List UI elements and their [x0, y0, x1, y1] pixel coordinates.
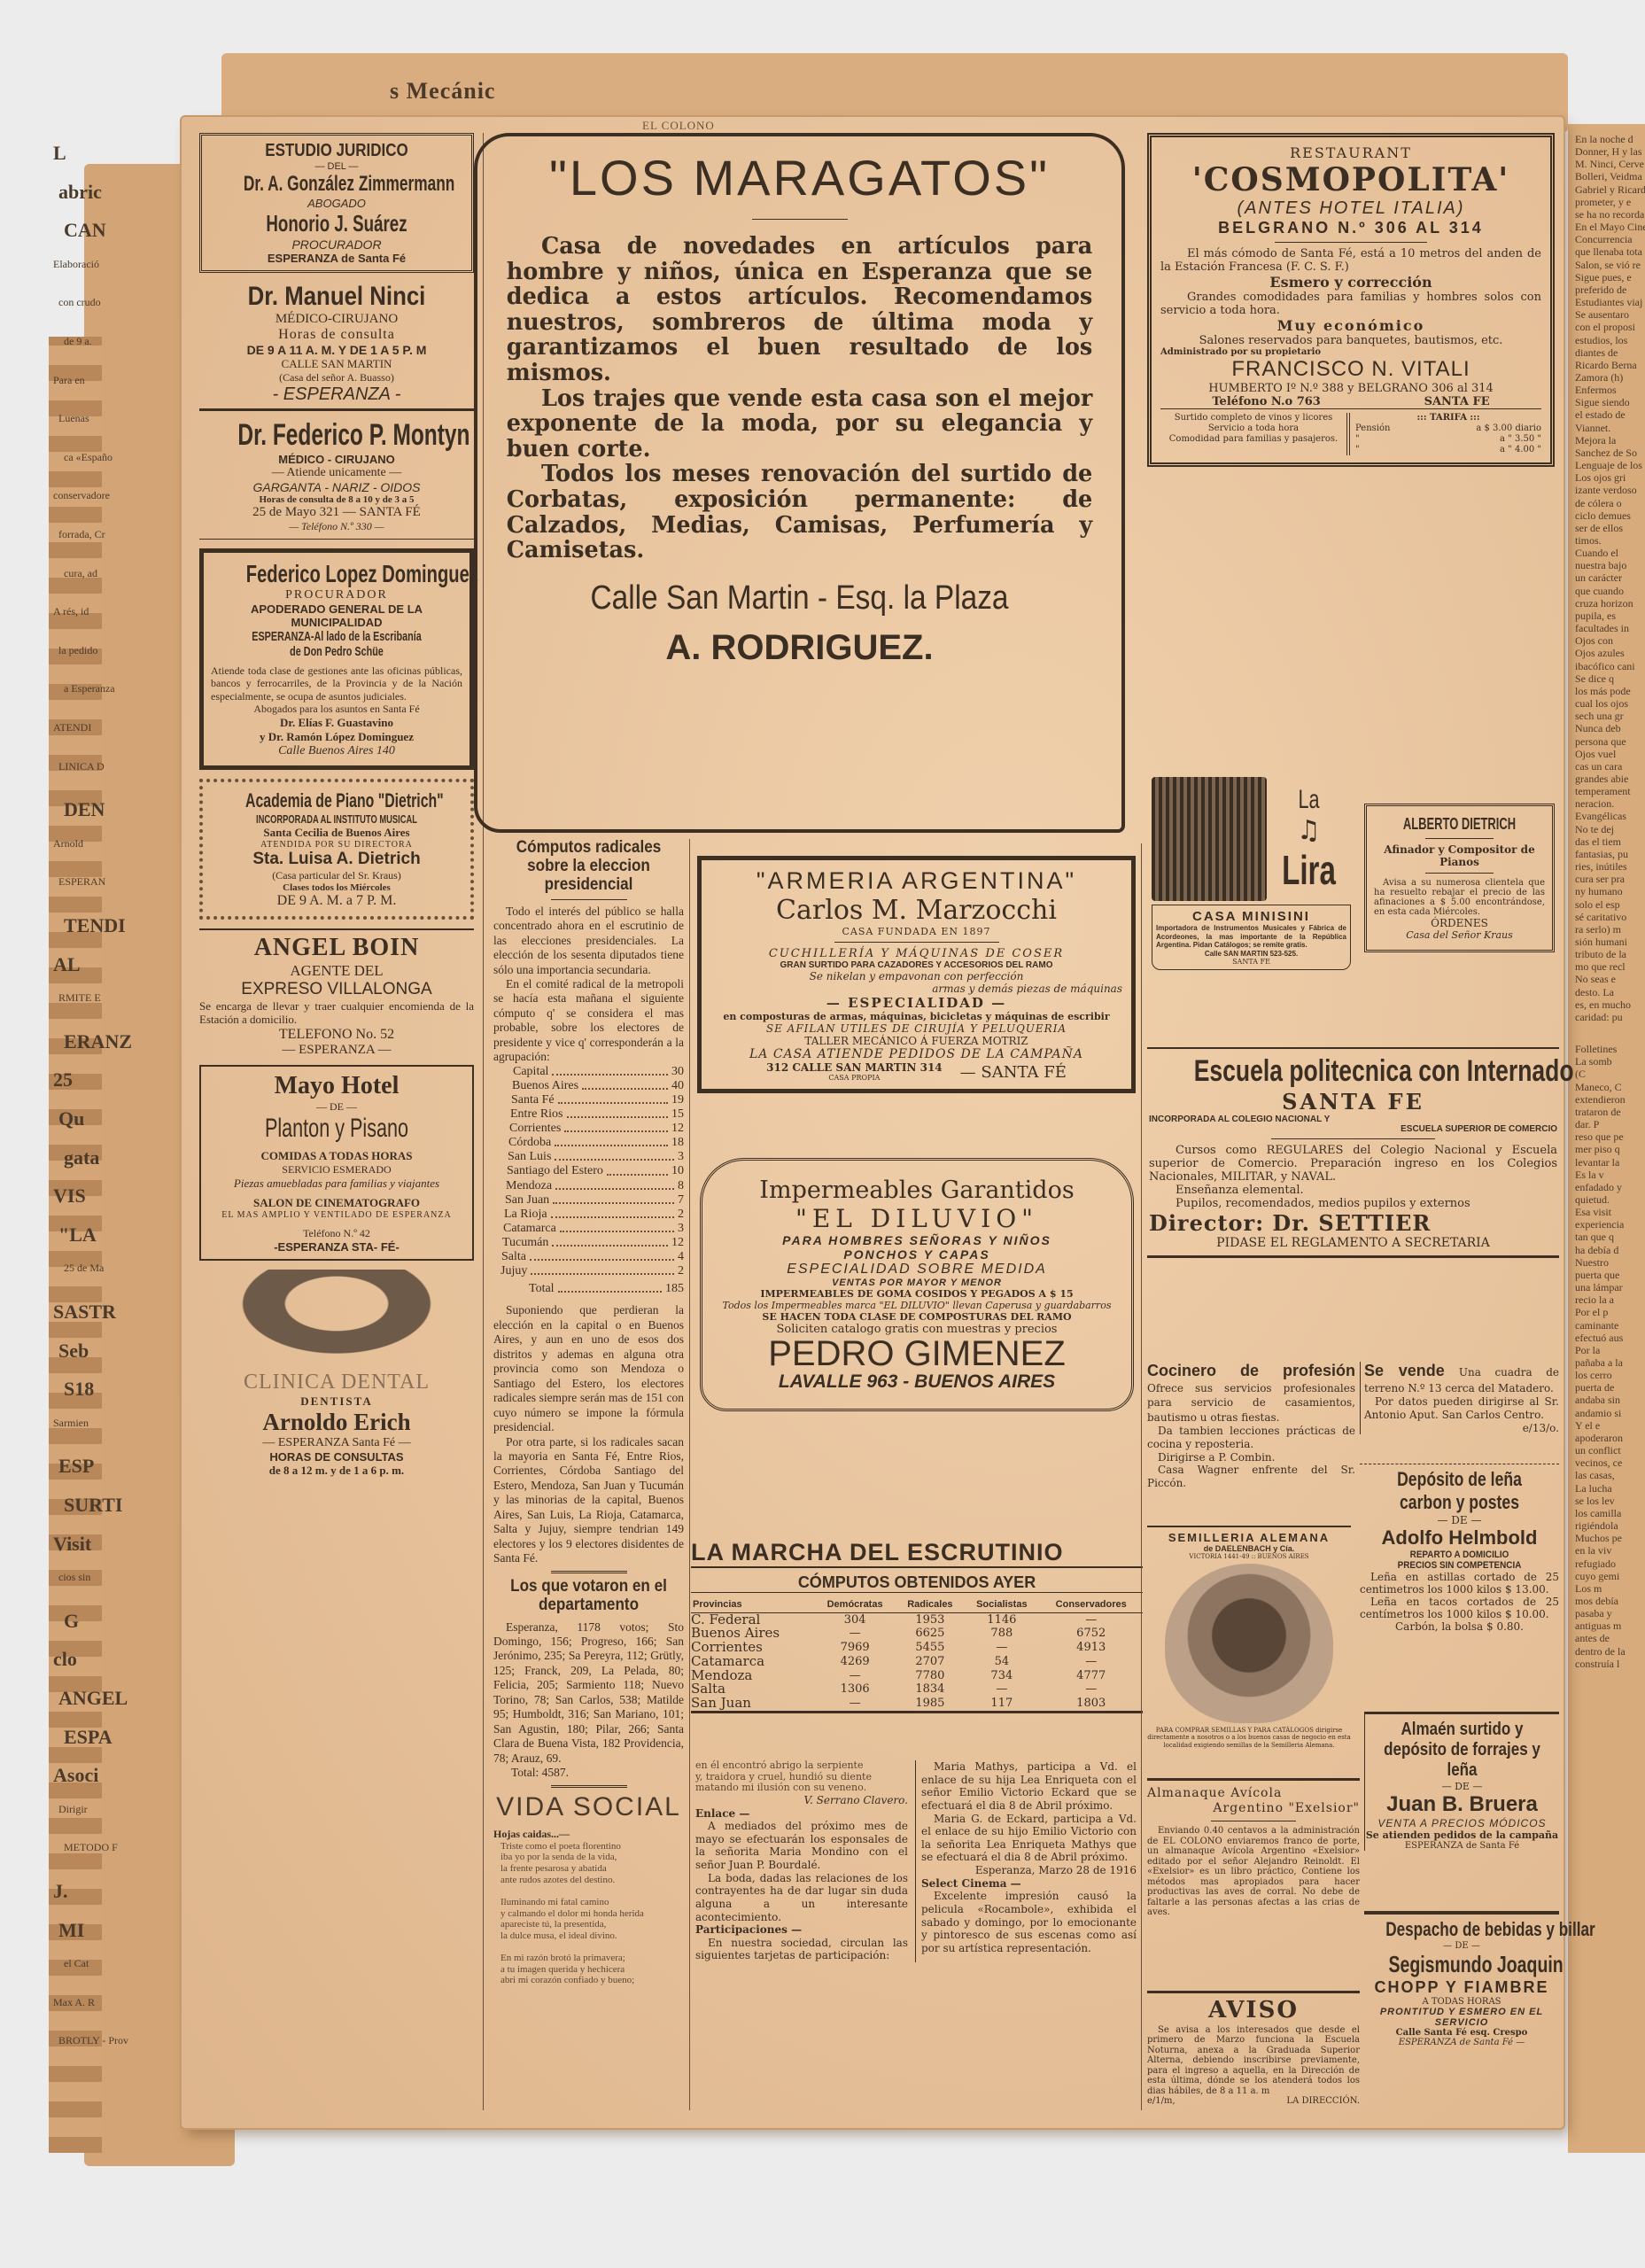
note-line: Surtido completo de vinos y licores — [1160, 413, 1346, 423]
strip-line: En el Mayo Cine — [1571, 221, 1645, 233]
ad-bruera: Almaén surtido y depósito de forrajes y … — [1364, 1712, 1559, 1851]
cocinero-p3: Dirigirse a P. Combin. — [1147, 1451, 1355, 1464]
strip-line: dar. P — [1571, 1118, 1645, 1130]
computos-row: Catamarca3 — [493, 1222, 684, 1236]
armeria-own: CASA PROPIA — [766, 1074, 943, 1082]
strip-line: facultades in — [1571, 622, 1645, 634]
total-value: 185 — [665, 1282, 684, 1296]
alberto-at: Casa del Señor Kraus — [1374, 929, 1545, 941]
strip-line: a Esperanza — [64, 682, 115, 695]
province-name: Santa Fé — [511, 1093, 555, 1107]
maragatos-title: "LOS MARAGATOS" — [500, 149, 1098, 206]
computos-row: Tucumán12 — [493, 1236, 684, 1250]
strip-line: Sigue pues, e — [1571, 271, 1645, 283]
elector-count: 12 — [671, 1236, 684, 1250]
academia-house: (Casa particular del Sr. Kraus) — [210, 869, 463, 882]
strip-line: Nuestro — [1571, 1256, 1645, 1269]
strip-line: J. — [53, 1880, 68, 1903]
strip-line: persona que — [1571, 735, 1645, 748]
leader-dots — [530, 1250, 674, 1261]
helmbold-l1: REPARTO A DOMICILIO — [1370, 1550, 1549, 1560]
strip-line: Concurrencia — [1571, 233, 1645, 245]
cosmo-former: (ANTES HOTEL ITALIA) — [1160, 198, 1541, 219]
table-cell: — — [1039, 1682, 1143, 1697]
dateline: Esperanza, Marzo 28 de 1916 — [921, 1864, 1137, 1877]
hotel-de: — DE — — [206, 1100, 467, 1114]
ad-montyn: Dr. Federico P. Montyn MÉDICO - CIRUJANO… — [199, 418, 474, 540]
aviso-sign: LA DIRECCIÓN. — [1286, 2096, 1360, 2107]
cosmo-notes: Surtido completo de vinos y licoresServi… — [1160, 413, 1350, 455]
strip-line: La lucha — [1571, 1482, 1645, 1495]
bruera-l1: VENTA A PRECIOS MÓDICOS — [1365, 1817, 1559, 1829]
leader-dots — [555, 1150, 674, 1161]
strip-line: que cuando — [1571, 585, 1645, 597]
strip-line: antes de — [1571, 1632, 1645, 1644]
strip-line: tributo de la — [1571, 948, 1645, 960]
strip-line: prometer, y e — [1571, 196, 1645, 208]
montyn-specialty: GARGANTA - NARIZ - OIDOS — [199, 480, 474, 494]
academia-title: Academia de Piano "Dietrich" — [245, 789, 428, 812]
column-header: Provincias — [691, 1598, 814, 1612]
bruera-l2: Se atienden pedidos de la campaña — [1365, 1829, 1559, 1841]
table-row: San Juan—19851171803 — [691, 1697, 1143, 1712]
leader-dots — [567, 1107, 669, 1118]
joaquin-de: — DE — — [1364, 1941, 1559, 1951]
elector-count: 40 — [671, 1079, 684, 1093]
enlace-title: Enlace — — [695, 1807, 908, 1821]
province-name: Entre Rios — [510, 1107, 563, 1122]
province-name: Jujuy — [500, 1264, 527, 1278]
poem-line: En mi razón brotó la primavera; — [500, 1953, 684, 1964]
academia-classes: Clases todos los Miércoles — [210, 882, 463, 893]
column-rule — [1141, 843, 1142, 2110]
poem-line: Triste como el poeta florentino — [500, 1841, 684, 1852]
lira-shop: CASA MINISINI — [1156, 909, 1346, 924]
academia-inc: INCORPORADA AL INSTITUTO MUSICAL — [245, 812, 428, 826]
escuela-l3: Pupilos, recomendados, medios pupilos y … — [1149, 1197, 1557, 1210]
strip-line: TENDI — [64, 914, 126, 937]
strip-line: vecinos, ce — [1571, 1456, 1645, 1469]
table-cell: — — [814, 1697, 896, 1712]
cosmo-h2: Esmero y corrección — [1160, 274, 1541, 291]
montyn-name: Dr. Federico P. Montyn — [237, 418, 435, 453]
computos-row: San Luis3 — [493, 1150, 684, 1164]
leader-dots — [552, 1236, 668, 1247]
strip-line: cura, ad — [64, 567, 97, 580]
strip-line: refugiado — [1571, 1557, 1645, 1570]
table-cell: — — [814, 1627, 896, 1641]
escuela-inc2: ESCUELA SUPERIOR DE COMERCIO — [1149, 1124, 1557, 1134]
strip-line: nuestra bajo — [1571, 559, 1645, 571]
almanaque-body: Enviando 0.40 centavos a la administraci… — [1147, 1826, 1360, 1918]
pansy-illustration — [1165, 1564, 1333, 1723]
se-vende-title: Se vende — [1364, 1362, 1445, 1379]
montyn-hours: Horas de consulta de 8 a 10 y de 3 a 5 — [199, 494, 474, 505]
strip-line: Enfermos — [1571, 384, 1645, 396]
strip-line: caridad: pu — [1571, 1011, 1645, 1023]
lopez-role: PROCURADOR — [211, 588, 462, 602]
strip-line: Por la — [1571, 1344, 1645, 1356]
strip-line: efectuó aus — [1571, 1332, 1645, 1344]
leader-dots — [552, 1065, 668, 1076]
diluvio-l1: PARA HOMBRES SEÑORAS Y NIÑOS — [715, 1233, 1119, 1247]
strip-line: rigiéndola — [1571, 1519, 1645, 1532]
estudio-title: ESTUDIO JURIDICO — [227, 141, 446, 161]
table-cell: 1146 — [964, 1612, 1039, 1627]
cocinero-body: Ofrece sus servicios profesionales para … — [1147, 1382, 1355, 1424]
strip-line: cura ser pra — [1571, 873, 1645, 885]
table-cell: 6625 — [896, 1627, 965, 1641]
lira-brand-top: La — [1278, 785, 1339, 815]
cosmo-kicker: RESTAURANT — [1160, 144, 1541, 161]
ninci-hours-label: Horas de consulta — [199, 327, 474, 343]
province-name: San Juan — [505, 1193, 549, 1208]
cosmo-owner-addr: HUMBERTO Iº N.º 388 y BELGRANO 306 al 31… — [1160, 382, 1541, 395]
strip-line: ra serlo) m — [1571, 923, 1645, 936]
tarifa-label: " — [1355, 445, 1360, 455]
tarifa-row: Pensióna $ 3.00 diario — [1355, 423, 1541, 434]
strip-line: ca «Españo — [64, 451, 113, 464]
cosmo-title: 'COSMOPOLITA' — [1160, 161, 1541, 198]
alberto-orders: ÓRDENES — [1374, 917, 1545, 929]
computos-row: Mendoza8 — [493, 1179, 684, 1193]
strip-line: Sanchez de So — [1571, 447, 1645, 459]
strip-line: Arnold — [53, 837, 83, 850]
strip-line: SASTR — [53, 1301, 116, 1324]
column-header: Radicales — [896, 1598, 965, 1612]
strip-line: sech una gr — [1571, 710, 1645, 722]
left-page-fragment: LabricCANElaboraciócon crudode 9 a.Para … — [53, 142, 186, 2153]
strip-line: cuyo gemi — [1571, 1570, 1645, 1582]
strip-line: Evangélicas — [1571, 810, 1645, 822]
bruera-title: Almaén surtido y depósito de forrajes y … — [1379, 1720, 1544, 1781]
leader-dots — [564, 1122, 668, 1132]
strip-line: timos. — [1571, 534, 1645, 547]
ad-lopez-dominguez: Federico Lopez Dominguez PROCURADOR APOD… — [199, 548, 474, 770]
strip-line: Ricardo Berna — [1571, 359, 1645, 371]
strip-line: ibacófico cani — [1571, 660, 1645, 672]
strip-line: antiguas m — [1571, 1619, 1645, 1632]
column-header: Demócratas — [814, 1598, 896, 1612]
strip-line: pasaba y — [1571, 1607, 1645, 1619]
strip-line: A rés, id — [53, 605, 89, 618]
province-name: Capital — [513, 1065, 548, 1079]
province-name: Córdoba — [508, 1136, 551, 1150]
strip-line: La somb — [1571, 1055, 1645, 1068]
strip-line: grandes abie — [1571, 773, 1645, 785]
escrutinio-section: LA MARCHA DEL ESCRUTINIO CÓMPUTOS OBTENI… — [691, 1539, 1143, 1713]
academia-inst: Santa Cecilia de Buenos Aires — [210, 826, 463, 840]
dentures-illustration — [217, 1270, 456, 1367]
strip-line: SURTI — [64, 1494, 122, 1517]
boin-company: EXPRESO VILLALONGA — [199, 980, 474, 999]
province-name: Buenos Aires — [512, 1079, 578, 1093]
strip-line: el estado de — [1571, 408, 1645, 421]
strip-line: las casas, — [1571, 1469, 1645, 1481]
ad-estudio-juridico: ESTUDIO JURIDICO — DEL — Dr. A. González… — [199, 133, 474, 273]
poem-line: abri mi corazón confiado y bueno; — [500, 1975, 684, 1986]
strip-line: Esa visit — [1571, 1206, 1645, 1218]
strip-line: pupila, es — [1571, 610, 1645, 622]
ad-la-lira: La ♫ Lira CASA MINISINI Importadora de I… — [1152, 777, 1351, 970]
strip-line: trataron de — [1571, 1106, 1645, 1118]
elector-count: 4 — [678, 1250, 684, 1264]
strip-line: sión humani — [1571, 936, 1645, 948]
escuela-footer: PIDASE EL REGLAMENTO A SECRETARIA — [1149, 1236, 1557, 1250]
strip-line: 25 — [53, 1068, 73, 1091]
helmbold-l2: PRECIOS SIN COMPETENCIA — [1370, 1560, 1549, 1571]
strip-line: cas un cara — [1571, 760, 1645, 773]
montyn-role: MÉDICO - CIRUJANO — [199, 453, 474, 466]
armeria-title: "ARMERIA ARGENTINA" — [710, 867, 1122, 895]
academia-by: ATENDIDA POR SU DIRECTORA — [210, 840, 463, 850]
strip-line: Sarmien — [53, 1417, 89, 1430]
academia-hours: DE 9 A. M. a 7 P. M. — [210, 893, 463, 909]
hojas-title: Hojas caidas...— — [493, 1828, 684, 1841]
leader-dots — [560, 1222, 674, 1232]
strip-line: puerta de — [1571, 1381, 1645, 1394]
armeria-city: — SANTA FÉ — [960, 1063, 1067, 1082]
strip-line: se ha no recorda — [1571, 208, 1645, 221]
cosmo-owner: FRANCISCO N. VITALI — [1160, 357, 1541, 382]
diluvio-l7: SE HACEN TODA CLASE DE COMPOSTURAS DEL R… — [715, 1311, 1119, 1323]
computos-p2: En el comité radical de la metropoli se … — [493, 977, 684, 1065]
hotel-line3: Piezas amuebladas para familias y viajan… — [206, 1177, 467, 1191]
note-line: Servicio a toda hora — [1160, 423, 1346, 434]
ad-armeria-argentina: "ARMERIA ARGENTINA" Carlos M. Marzocchi … — [697, 856, 1136, 1093]
strip-line: (C — [1571, 1068, 1645, 1080]
helmbold-name: Adolfo Helmbold — [1360, 1526, 1559, 1550]
column-2: Cómputos radicales sobre la eleccion pre… — [493, 839, 684, 1986]
dental-title: CLINICA DENTAL — [199, 1371, 474, 1394]
strip-line: experiencia — [1571, 1218, 1645, 1231]
strip-line: 25 de Ma — [64, 1262, 104, 1275]
lira-brand-bottom: Lira — [1278, 846, 1339, 894]
hotel-line4: SALON DE CINEMATOGRAFO — [206, 1196, 467, 1210]
diluvio-l2: PONCHOS Y CAPAS — [715, 1247, 1119, 1262]
strip-line: Es la v — [1571, 1169, 1645, 1181]
estudio-role1: ABOGADO — [207, 197, 466, 210]
aviso-body: Se avisa a los interesados que desde el … — [1147, 2025, 1360, 2097]
strip-line: ny humano — [1571, 885, 1645, 897]
strip-line: preferido de — [1571, 283, 1645, 296]
joaquin-l1: CHOPP Y FIAMBRE — [1364, 1978, 1559, 1997]
strip-line: Elaboració — [53, 258, 99, 271]
table-cell: 1834 — [896, 1682, 965, 1697]
ad-clinica-dental: CLINICA DENTAL DENTISTA Arnoldo Erich — … — [199, 1270, 474, 1478]
poem-line — [500, 1885, 684, 1897]
column-header: Socialistas — [964, 1598, 1039, 1612]
table-cell: 4777 — [1039, 1669, 1143, 1683]
tarifa-label: Pensión — [1355, 423, 1390, 434]
helmbold-p1: Leña en astillas cortado de 25 centimetr… — [1360, 1571, 1559, 1596]
province-name: La Rioja — [504, 1208, 547, 1222]
tarifa-title: ::: TARIFA ::: — [1355, 413, 1541, 423]
hotel-title: Mayo Hotel — [206, 1072, 467, 1100]
armeria-l7: SE AFILAN UTILES DE CIRUJÍA Y PELUQUERIA — [710, 1022, 1122, 1035]
strip-line: Qu — [58, 1107, 84, 1130]
ninci-house: (Casa del señor A. Buasso) — [199, 371, 474, 384]
diluvio-l5: IMPERMEABLES DE GOMA COSIDOS Y PEGADOS A… — [715, 1288, 1119, 1300]
elector-count: 3 — [678, 1222, 684, 1236]
strip-line: AL — [53, 953, 81, 976]
helmbold-p3: Carbón, la bolsa $ 0.80. — [1360, 1620, 1559, 1633]
strip-line: temperament — [1571, 785, 1645, 797]
strip-line: es, en mucho — [1571, 998, 1645, 1011]
table-cell: 7969 — [814, 1641, 896, 1655]
elector-count: 2 — [678, 1264, 684, 1278]
poem-line: Iluminando mi fatal camino — [500, 1897, 684, 1908]
table-cell: 1803 — [1039, 1697, 1143, 1712]
strip-line: caminante — [1571, 1319, 1645, 1332]
province-name: San Luis — [508, 1150, 551, 1164]
strip-line: la pedido — [58, 644, 97, 657]
table-row: Salta13061834—— — [691, 1682, 1143, 1697]
bruera-name: Juan B. Bruera — [1365, 1792, 1559, 1817]
aviso-title: AVISO — [1147, 1997, 1360, 2025]
armeria-l8: TALLER MECÁNICO Á FUERZA MOTRIZ — [710, 1035, 1122, 1047]
strip-line: desto. La — [1571, 986, 1645, 998]
ad-cocinero: Cocinero de profesión Ofrece sus servici… — [1147, 1362, 1355, 1489]
estudio-name2: Honorio J. Suárez — [244, 210, 430, 237]
semilleria-footer: PARA COMPRAR SEMILLAS Y PARA CATÁLOGOS d… — [1147, 1727, 1351, 1749]
poem-line: a tu imagen querida y hechicera — [500, 1964, 684, 1976]
strip-line: conservadore — [53, 489, 110, 502]
column-header: Conservadores — [1039, 1598, 1143, 1612]
strip-line: Luenas — [58, 412, 89, 425]
poem-author: V. Serrano Clavero. — [695, 1794, 908, 1807]
escrutinio-title: LA MARCHA DEL ESCRUTINIO — [691, 1539, 1143, 1568]
strip-line: No seas e — [1571, 973, 1645, 985]
strip-line: Los m — [1571, 1582, 1645, 1595]
strip-line: ciclo demues — [1571, 509, 1645, 522]
participaciones-title: Participaciones — — [695, 1923, 908, 1937]
maragatos-address: Calle San Martin - Esq. la Plaza — [537, 579, 1063, 617]
right-page-fragment: En la noche dDonner, H y las famiM. Ninc… — [1568, 124, 1645, 2153]
strip-line: Salon, se vió re — [1571, 259, 1645, 271]
strip-line: Lenguaje de los — [1571, 459, 1645, 471]
strip-line: LINICA D — [58, 760, 105, 773]
note-line: Comodidad para familias y pasajeros. — [1160, 434, 1346, 445]
strip-line: ser de ellos — [1571, 522, 1645, 534]
poem-line: en él encontró abrigo la serpiente — [695, 1760, 908, 1772]
strip-line: de cólera o — [1571, 497, 1645, 509]
joaquin-name: Segismundo Joaquin — [1389, 1951, 1535, 1978]
montyn-phone: — Teléfono N.º 330 — — [199, 520, 474, 533]
strip-line: recio la a — [1571, 1293, 1645, 1306]
strip-line: los camilla — [1571, 1507, 1645, 1519]
escuela-city: SANTA FE — [1149, 1089, 1557, 1115]
semilleria-addr: VICTORIA 1441-49 :: BUENOS AIRES — [1147, 1553, 1351, 1560]
maragatos-p2: Los trajes que vende esta casa son el me… — [507, 386, 1093, 462]
table-cell: — — [964, 1641, 1039, 1655]
strip-line: Folletines — [1571, 1043, 1645, 1055]
hotel-owners: Planton y Pisano — [243, 1114, 431, 1144]
ad-ninci: Dr. Manuel Ninci MÉDICO-CIRUJANO Horas d… — [199, 282, 474, 411]
elector-count: 8 — [678, 1179, 684, 1193]
lopez-title: APODERADO GENERAL DE LA MUNICIPALIDAD — [211, 602, 462, 629]
strip-line: Zamora (h) — [1571, 371, 1645, 384]
maragatos-p3: Todos los meses renovación del surtido d… — [507, 462, 1093, 563]
strip-line: Donner, H y las fami — [1571, 145, 1645, 158]
ad-los-maragatos: "LOS MARAGATOS" Casa de novedades en art… — [474, 133, 1125, 833]
estudio-del: — DEL — — [207, 161, 466, 172]
strip-line: se los lev — [1571, 1495, 1645, 1507]
strip-line: ESP — [58, 1455, 94, 1478]
escuela-inc1: INCORPORADA AL COLEGIO NACIONAL Y — [1149, 1115, 1557, 1124]
strip-line: diantes de — [1571, 346, 1645, 359]
lyre-icon: ♫ — [1267, 815, 1351, 846]
diluvio-l6: Todos los Impermeables marca "EL DILUVIO… — [715, 1300, 1119, 1311]
escuela-title: Escuela politecnica con Internado — [1194, 1054, 1513, 1089]
leader-dots — [555, 1179, 674, 1190]
computos-total: Total185 — [493, 1282, 684, 1296]
estudio-place: ESPERANZA de Santa Fé — [207, 252, 466, 265]
table-cell: San Juan — [691, 1697, 814, 1712]
strip-line: fantasias, pu — [1571, 848, 1645, 860]
strip-line: Muchos pe — [1571, 1532, 1645, 1544]
ad-el-diluvio: Impermeables Garantidos "EL DILUVIO" PAR… — [700, 1158, 1134, 1411]
se-vende-p2: Por datos pueden dirigirse al Sr. Antoni… — [1364, 1395, 1559, 1421]
armeria-l9: LA CASA ATIENDE PEDIDOS DE LA CAMPAÑA — [710, 1047, 1122, 1061]
strip-line: L — [53, 142, 66, 165]
table-cell: 1306 — [814, 1682, 896, 1697]
montyn-address: 25 de Mayo 321 — SANTA FÉ — [199, 505, 474, 520]
strip-line: una lámpar — [1571, 1281, 1645, 1293]
participaciones-body: En nuestra sociedad, circulan las siguie… — [695, 1937, 908, 1962]
semilleria-title: SEMILLERIA ALEMANA — [1147, 1531, 1351, 1544]
ninci-town: - ESPERANZA - — [199, 384, 474, 405]
joaquin-l3: PRONTITUD Y ESMERO EN EL SERVICIO — [1364, 2007, 1559, 2028]
vida-social-columns: en él encontró abrigo la serpientey, tra… — [695, 1760, 1138, 1962]
ad-helmbold: Depósito de leña carbon y postes — DE — … — [1360, 1464, 1559, 1633]
poem-end: en él encontró abrigo la serpientey, tra… — [695, 1760, 908, 1794]
strip-line: Los ojos gri — [1571, 471, 1645, 484]
strip-line: Dirigir — [58, 1803, 88, 1816]
strip-line: extendieron — [1571, 1093, 1645, 1106]
table-row: Catamarca4269270754— — [691, 1655, 1143, 1669]
newspaper-page: EL COLONO ESTUDIO JURIDICO — DEL — Dr. A… — [182, 117, 1564, 2128]
vida-social-title: VIDA SOCIAL — [493, 1792, 684, 1822]
strip-line: construía l — [1571, 1658, 1645, 1670]
table-cell: 1953 — [896, 1612, 965, 1627]
strip-line: S18 — [64, 1378, 94, 1401]
ad-semilleria-alemana: SEMILLERIA ALEMANA de DAELENBACH y Cía. … — [1147, 1526, 1351, 1749]
strip-line: mo que recl — [1571, 960, 1645, 973]
cosmo-phone: Teléfono N.o 763 — [1212, 395, 1320, 408]
strip-line: en la viv — [1571, 1544, 1645, 1557]
elector-count: 7 — [678, 1193, 684, 1208]
computos-row: La Rioja2 — [493, 1208, 684, 1222]
table-cell: 54 — [964, 1655, 1039, 1669]
cosmo-p3: Salones reservados para banquetes, bauti… — [1160, 334, 1541, 347]
strip-line: Cuando el — [1571, 547, 1645, 559]
accordion-illustration — [1152, 777, 1267, 901]
computos-row: Entre Rios15 — [493, 1107, 684, 1122]
cinema-title: Select Cinema — — [921, 1877, 1137, 1891]
strip-line: con crudo — [58, 296, 101, 309]
armeria-owner: Carlos M. Marzocchi — [710, 895, 1122, 926]
table-cell: 1985 — [896, 1697, 965, 1712]
strip-line: "LA — [58, 1223, 97, 1247]
maragatos-p1: Casa de novedades en artículos para homb… — [507, 234, 1093, 386]
leader-dots — [582, 1079, 668, 1090]
computos-row: Santa Fé19 — [493, 1093, 684, 1107]
enlace-body: A mediados del próximo mes de mayo se ef… — [695, 1820, 908, 1872]
armeria-l1: CUCHILLERÍA Y MÁQUINAS DE COSER — [710, 947, 1122, 960]
table-cell: 734 — [964, 1669, 1039, 1683]
strip-line: ERANZ — [64, 1030, 132, 1053]
